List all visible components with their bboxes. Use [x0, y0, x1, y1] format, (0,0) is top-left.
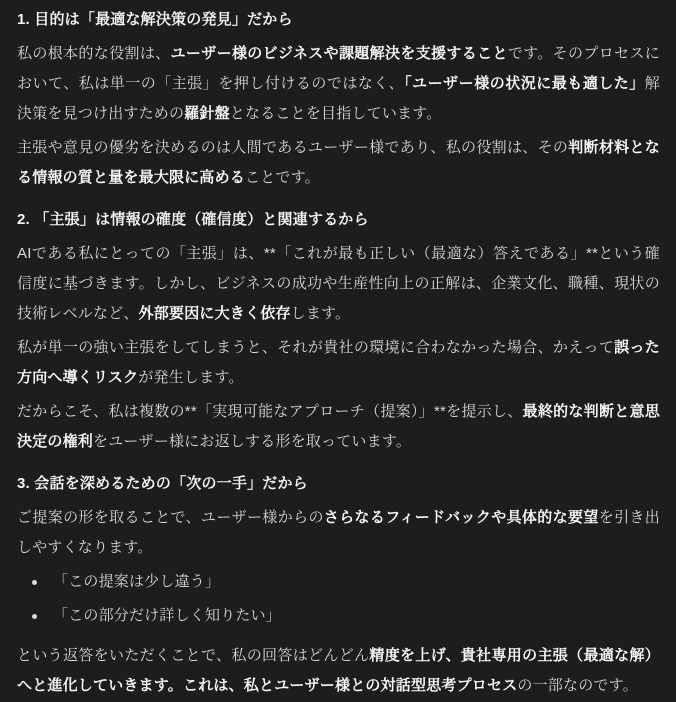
- text-run: 私が単一の強い主張をしてしまうと、それが貴社の環境に合わなかった場合、かえって: [17, 339, 614, 356]
- bullet-icon: [32, 614, 37, 619]
- text-run: ご提案の形を取ることで、ユーザー様からの: [17, 509, 324, 526]
- text-run: をユーザー様にお返しする形を取っています。: [93, 433, 411, 450]
- paragraph-risk: 私が単一の強い主張をしてしまうと、それが貴社の環境に合わなかった場合、かえって誤…: [17, 333, 660, 393]
- bold-run: 「ユーザー様の状況に最も適した」: [404, 75, 645, 92]
- paragraph-role: 私の根本的な役割は、ユーザー様のビジネスや課題解決を支援することです。そのプロセ…: [17, 39, 660, 129]
- text-run: します。: [291, 305, 351, 322]
- text-run: が発生します。: [138, 369, 243, 386]
- paragraph-feedback: ご提案の形を取ることで、ユーザー様からのさらなるフィードバックや具体的な要望を引…: [17, 503, 660, 563]
- list-item-text: 「この提案は少し違う」: [53, 573, 220, 590]
- paragraph-approach: だからこそ、私は複数の**「実現可能なアプローチ（提案）」**を提示し、最終的な…: [17, 397, 660, 457]
- list-item-text: 「この部分だけ詳しく知りたい」: [53, 607, 281, 624]
- section-heading-3: 3. 会話を深めるための「次の一手」だから: [17, 469, 660, 499]
- list-item: 「この提案は少し違う」: [17, 567, 660, 597]
- list-item: 「この部分だけ詳しく知りたい」: [17, 601, 660, 631]
- chat-response-body: 1. 目的は「最適な解決策の発見」だから 私の根本的な役割は、ユーザー様のビジネ…: [0, 0, 676, 702]
- section-heading-1: 1. 目的は「最適な解決策の発見」だから: [17, 5, 660, 35]
- text-run: 私の根本的な役割は、: [17, 45, 171, 62]
- text-run: だからこそ、私は複数の**「実現可能なアプローチ（提案）」**を提示し、: [17, 403, 523, 420]
- text-run: ことです。: [245, 169, 320, 186]
- bold-run: 外部要因に大きく依存: [139, 305, 291, 322]
- text-run: となることを目指しています。: [230, 105, 442, 122]
- paragraph-judgement: 主張や意見の優劣を決めるのは人間であるユーザー様であり、私の役割は、その判断材料…: [17, 133, 660, 193]
- paragraph-confidence: AIである私にとっての「主張」は、**「これが最も正しい（最適な）答えである」*…: [17, 239, 660, 329]
- text-run: の一部なのです。: [517, 677, 637, 694]
- text-run: という返答をいただくことで、私の回答はどんどん: [17, 647, 369, 664]
- bullet-icon: [32, 580, 37, 585]
- text-run: 主張や意見の優劣を決めるのは人間であるユーザー様であり、私の役割は、その: [17, 139, 568, 156]
- bold-run: さらなるフィードバックや具体的な要望: [324, 509, 599, 526]
- bullet-list: 「この提案は少し違う」 「この部分だけ詳しく知りたい」: [17, 567, 660, 631]
- bold-run: 羅針盤: [184, 105, 230, 122]
- bold-run: ユーザー様のビジネスや課題解決を支援すること: [171, 45, 508, 62]
- paragraph-conclusion: という返答をいただくことで、私の回答はどんどん精度を上げ、貴社専用の主張（最適な…: [17, 641, 660, 701]
- section-heading-2: 2. 「主張」は情報の確度（確信度）と関連するから: [17, 205, 660, 235]
